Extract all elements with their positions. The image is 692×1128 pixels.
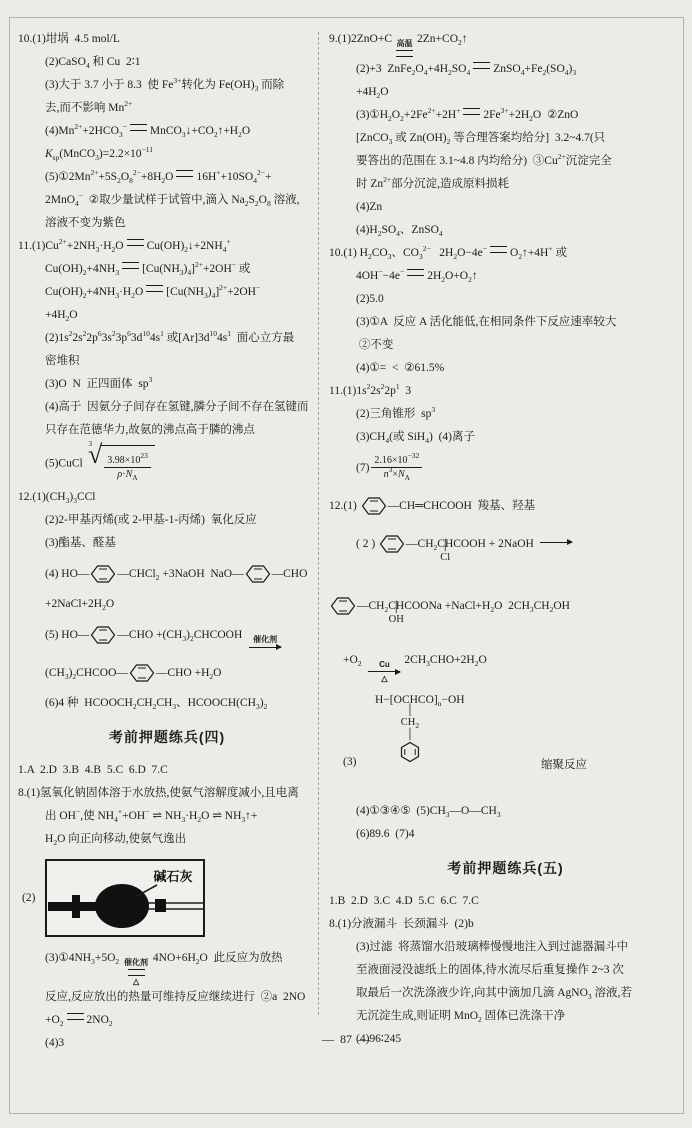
text-line: +4H2O — [329, 81, 682, 104]
text-line: 1.A 2.D 3.B 4.B 5.C 6.D 7.C — [18, 759, 316, 782]
section-heading: 考前押题练兵(四) — [18, 715, 316, 759]
benzene-ring-icon — [379, 534, 405, 554]
benzene-ring-icon — [129, 663, 155, 683]
text-line: +O22NO2 — [18, 1009, 316, 1032]
text-line: 4OH−−4e−2H2O+O2↑ — [329, 265, 682, 288]
text-line: 密堆积 — [18, 350, 316, 373]
text-line: (3)①4NH3+5O2 催化剂△ 4NO+6H2O 此反应为放热 — [18, 947, 316, 986]
benzene-ring-icon — [361, 496, 387, 516]
text-line: 反应,反应放出的热量可维持反应继续进行 ②a 2NO — [18, 986, 316, 1009]
text-line: ②不变 — [329, 334, 682, 357]
text-line: (4)Mn2++2HCO3−MnCO3↓+CO2↑+H2O — [18, 120, 316, 143]
apparatus-label: 碱石灰 — [154, 869, 193, 884]
text-line: 2MnO4− ②取少量试样于试管中,滴入 Na2S2O8 溶液, — [18, 189, 316, 212]
benzene-ring-icon — [330, 596, 356, 616]
benzene-ring-icon — [245, 564, 271, 584]
text-line: (6)4 种 HCOOCH2CH2CH3、HCOOCH(CH3)2 — [18, 692, 316, 715]
structure-item-number: (3) — [343, 756, 356, 768]
polymer-structure: (3)H−[OCH│CH2│CO]n−OH缩聚反应 — [329, 688, 682, 800]
text-line: (CH3)2CHCOO——CHO +H2O — [18, 654, 316, 692]
benzene-ring-icon — [400, 741, 420, 763]
text-line: 8.(1)氢氧化钠固体溶于水放热,使氨气溶解度减小,且电离 — [18, 782, 316, 805]
text-line: 11.(1)1s22s22p1 3 — [329, 380, 682, 403]
reaction-type-label: 缩聚反应 — [541, 756, 587, 772]
text-line: 至液面浸没滤纸上的固体,待水流尽后重复操作 2~3 次 — [329, 959, 682, 982]
text-line: 10.(1)坩埚 4.5 mol/L — [18, 28, 316, 51]
text-line: (3)CH4(或 SiH4) (4)离子 — [329, 426, 682, 449]
text-line: (2)5.0 — [329, 288, 682, 311]
text-line: [ZnCO3 或 Zn(OH)2 等合理答案均给分] 3.2~4.7(只 — [329, 127, 682, 150]
text-line: (2)三角锥形 sp3 — [329, 403, 682, 426]
text-line: (5)①2Mn2++5S2O82−+8H2O16H++10SO42−+ — [18, 166, 316, 189]
text-line: (2)1s22s22p63s23p63d104s1 或[Ar]3d104s1 面… — [18, 327, 316, 350]
apparatus-item-number: (2) — [22, 892, 35, 904]
text-line: ( 2 ) —CH2CH│ClCOOH + 2NaOH — [329, 525, 682, 563]
text-line: H2O 向正向移动,使氨气逸出 — [18, 828, 316, 851]
text-line: 时 Zn2+部分沉淀,造成原料损耗 — [329, 173, 682, 196]
text-line: (3)大于 3.7 小于 8.3 使 Fe3+转化为 Fe(OH)3 而除 — [18, 74, 316, 97]
text-line: (4)Zn — [329, 196, 682, 219]
text-line: 9.(1)2ZnO+C高温2Zn+CO2↑ — [329, 28, 682, 58]
text-line: (2)CaSO4 和 Cu 2∶1 — [18, 51, 316, 74]
text-line: (2)+3 ZnFe2O4+4H2SO4ZnSO4+Fe2(SO4)3 — [329, 58, 682, 81]
left-column: 10.(1)坩埚 4.5 mol/L(2)CaSO4 和 Cu 2∶1(3)大于… — [18, 28, 316, 1055]
section-heading: 考前押题练兵(五) — [329, 846, 682, 890]
text-line: 12.(1)(CH3)3CCl — [18, 486, 316, 509]
text-line: (6)89.6 (7)4 — [329, 823, 682, 846]
text-line: 11.(1)Cu2++2NH3·H2OCu(OH)2↓+2NH4+ — [18, 235, 316, 258]
text-line: Ksp(MnCO3)=2.2×10−11 — [18, 143, 316, 166]
text-line: (4)①③④⑤ (5)CH3—O—CH3 — [329, 800, 682, 823]
right-column: 9.(1)2ZnO+C高温2Zn+CO2↑(2)+3 ZnFe2O4+4H2SO… — [323, 28, 682, 1051]
text-line: (3)①A 反应 A 活化能低,在相同条件下反应速率较大 — [329, 311, 682, 334]
text-line: (3)O N 正四面体 sp3 — [18, 373, 316, 396]
drying-tube-diagram: 碱石灰 — [45, 859, 205, 937]
text-line: 1.B 2.D 3.C 4.D 5.C 6.C 7.C — [329, 890, 682, 913]
text-line: (4)H2SO4、ZnSO4 — [329, 219, 682, 242]
text-line: 10.(1) H2CO3、CO32− 2H2O−4e−O2↑+4H+ 或 — [329, 242, 682, 265]
text-line: 12.(1) —CH═CHCOOH 羧基、羟基 — [329, 487, 682, 525]
text-line: (3)①H2O2+2Fe2++2H+2Fe3++2H2O ②ZnO — [329, 104, 682, 127]
text-line: (5)CuCl 3√3.98×1023ρ·NA — [18, 442, 316, 486]
text-line: (4)高于 因氨分子间存在氢键,膦分子间不存在氢键而 — [18, 396, 316, 419]
text-line: 出 OH−,使 NH4++OH− ⇌ NH3·H2O ⇌ NH3↑+ — [18, 805, 316, 828]
text-line: (5) HO——CHO +(CH3)2CHCOOH 催化剂 — [18, 616, 316, 654]
text-line: 取最后一次洗涤液少许,向其中滴加几滴 AgNO3 溶液,若 — [329, 982, 682, 1005]
page-number: — 87 — — [0, 1032, 692, 1047]
text-line: (4) HO——CHCl2 +3NaOH NaO——CHO — [18, 555, 316, 593]
two-column-layout: 10.(1)坩埚 4.5 mol/L(2)CaSO4 和 Cu 2∶1(3)大于… — [18, 28, 682, 1055]
text-line: 无沉淀生成,则证明 MnO2 固体已洗涤干净 — [329, 1005, 682, 1028]
text-line: (7)2.16×10−32n3×NA — [329, 449, 682, 487]
text-line: (4)①= < ②61.5% — [329, 357, 682, 380]
text-line: Cu(OH)2+4NH3[Cu(NH3)4]2++2OH− 或 — [18, 258, 316, 281]
column-divider — [318, 32, 319, 1015]
text-line: +2NaCl+2H2O — [18, 593, 316, 616]
text-line: 要答出的范围在 3.1~4.8 内均给分) ③Cu2+沉淀完全 — [329, 150, 682, 173]
text-line: Cu(OH)2+4NH3·H2O[Cu(NH3)4]2++2OH− — [18, 281, 316, 304]
apparatus-figure: (2) 碱石灰 — [18, 859, 316, 937]
benzene-ring-icon — [90, 564, 116, 584]
text-line: +4H2O — [18, 304, 316, 327]
text-line: +O2 Cu△2CH3CHO+2H2O — [329, 649, 682, 684]
text-line: (3)过滤 将蒸馏水沿玻璃棒慢慢地注入到过滤器漏斗中 — [329, 936, 682, 959]
text-line: —CH2CH│OHCOONa +NaCl+H2O 2CH3CH2OH — [329, 587, 682, 625]
polymer-formula: H−[OCH│CH2│CO]n−OH — [375, 690, 465, 710]
text-line: 去,而不影响 Mn2+ — [18, 97, 316, 120]
benzene-ring-icon — [90, 625, 116, 645]
text-line: (3)酯基、醛基 — [18, 532, 316, 555]
answer-key-page: 10.(1)坩埚 4.5 mol/L(2)CaSO4 和 Cu 2∶1(3)大于… — [0, 0, 692, 1128]
text-line: 只存在范德华力,故氨的沸点高于膦的沸点 — [18, 419, 316, 442]
text-line: 8.(1)分液漏斗 长颈漏斗 (2)b — [329, 913, 682, 936]
text-line: 溶液不变为紫色 — [18, 212, 316, 235]
text-line: (2)2-甲基丙烯(或 2-甲基-1-丙烯) 氧化反应 — [18, 509, 316, 532]
